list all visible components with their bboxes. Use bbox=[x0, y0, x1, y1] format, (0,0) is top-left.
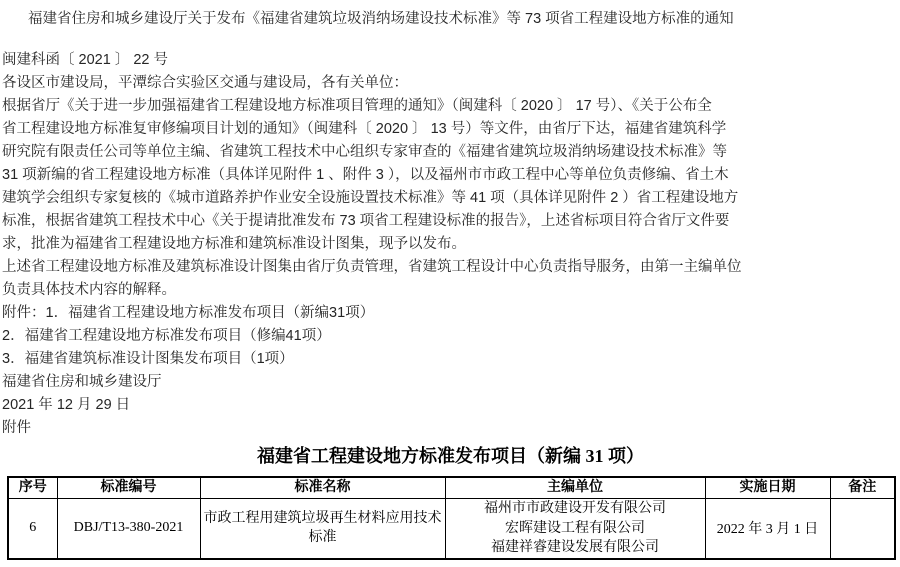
body-line-9: 负责具体技术内容的解释。 bbox=[2, 279, 900, 302]
attachment-item-3: 3．福建省建筑标准设计图集发布项目（1项） bbox=[2, 348, 900, 371]
body-line-2: 省工程建设地方标准复审修编项目计划的通知》（闽建科〔 2020 〕 13 号）等… bbox=[2, 118, 900, 141]
body-line-7: 求，批准为福建省工程建设地方标准和建筑标准设计图集，现予以发布。 bbox=[2, 233, 900, 256]
agency-signature: 福建省住房和城乡建设厅 bbox=[2, 371, 900, 394]
cell-seq: 6 bbox=[8, 499, 57, 559]
doc-title: 福建省住房和城乡建设厅关于发布《福建省建筑垃圾消纳场建设技术标准》等 73 项省… bbox=[2, 8, 900, 31]
standards-table: 序号 标准编号 标准名称 主编单位 实施日期 备注 6 DBJ/T13-380-… bbox=[7, 476, 896, 560]
body-line-8: 上述省工程建设地方标准及建筑标准设计图集由省厅负责管理，省建筑工程设计中心负责指… bbox=[2, 256, 900, 279]
salutation: 各设区市建设局，平潭综合实验区交通与建设局，各有关单位： bbox=[2, 72, 900, 95]
col-header-remark: 备注 bbox=[830, 477, 895, 499]
body-line-4: 31 项新编的省工程建设地方标准（具体详见附件 1 、附件 3 ），以及福州市市… bbox=[2, 164, 900, 187]
doc-number: 闽建科函〔 2021 〕 22 号 bbox=[2, 49, 900, 72]
standard-name-line-2: 标准 bbox=[201, 528, 445, 548]
table-row: 6 DBJ/T13-380-2021 市政工程用建筑垃圾再生材料应用技术 标准 … bbox=[8, 499, 895, 559]
org-line-2: 宏晖建设工程有限公司 bbox=[446, 519, 705, 539]
standard-name-line-1: 市政工程用建筑垃圾再生材料应用技术 bbox=[201, 509, 445, 529]
cell-remark bbox=[830, 499, 895, 559]
attachment-item-2: 2．福建省工程建设地方标准发布项目（修编41项） bbox=[2, 325, 900, 348]
col-header-name: 标准名称 bbox=[200, 477, 445, 499]
cell-impl-date: 2022 年 3 月 1 日 bbox=[705, 499, 830, 559]
body-line-1: 根据省厅《关于进一步加强福建省工程建设地方标准项目管理的通知》（闽建科〔 202… bbox=[2, 95, 900, 118]
col-header-date: 实施日期 bbox=[705, 477, 830, 499]
col-header-org: 主编单位 bbox=[445, 477, 705, 499]
col-header-code: 标准编号 bbox=[57, 477, 200, 499]
notice-document: 福建省住房和城乡建设厅关于发布《福建省建筑垃圾消纳场建设技术标准》等 73 项省… bbox=[0, 0, 900, 440]
col-header-seq: 序号 bbox=[8, 477, 57, 499]
org-line-1: 福州市市政建设开发有限公司 bbox=[446, 499, 705, 519]
body-line-5: 建筑学会组织专家复核的《城市道路养护作业安全设施设置技术标准》等 41 项（具体… bbox=[2, 187, 900, 210]
body-line-6: 标准，根据省建筑工程技术中心《关于提请批准发布 73 项省工程建设标准的报告》，… bbox=[2, 210, 900, 233]
table-header-row: 序号 标准编号 标准名称 主编单位 实施日期 备注 bbox=[8, 477, 895, 499]
blank-line bbox=[2, 31, 900, 49]
org-line-3: 福建祥睿建设发展有限公司 bbox=[446, 538, 705, 558]
attachment-item-1: 附件：1．福建省工程建设地方标准发布项目（新编31项） bbox=[2, 302, 900, 325]
cell-standard-name: 市政工程用建筑垃圾再生材料应用技术 标准 bbox=[200, 499, 445, 559]
table-title: 福建省工程建设地方标准发布项目（新编 31 项） bbox=[7, 444, 894, 468]
doc-date: 2021 年 12 月 29 日 bbox=[2, 394, 900, 417]
cell-code: DBJ/T13-380-2021 bbox=[57, 499, 200, 559]
attachment-heading: 附件 bbox=[2, 417, 900, 440]
cell-org: 福州市市政建设开发有限公司 宏晖建设工程有限公司 福建祥睿建设发展有限公司 bbox=[445, 499, 705, 559]
body-line-3: 研究院有限责任公司等单位主编、省建筑工程技术中心组织专家审查的《福建省建筑垃圾消… bbox=[2, 141, 900, 164]
